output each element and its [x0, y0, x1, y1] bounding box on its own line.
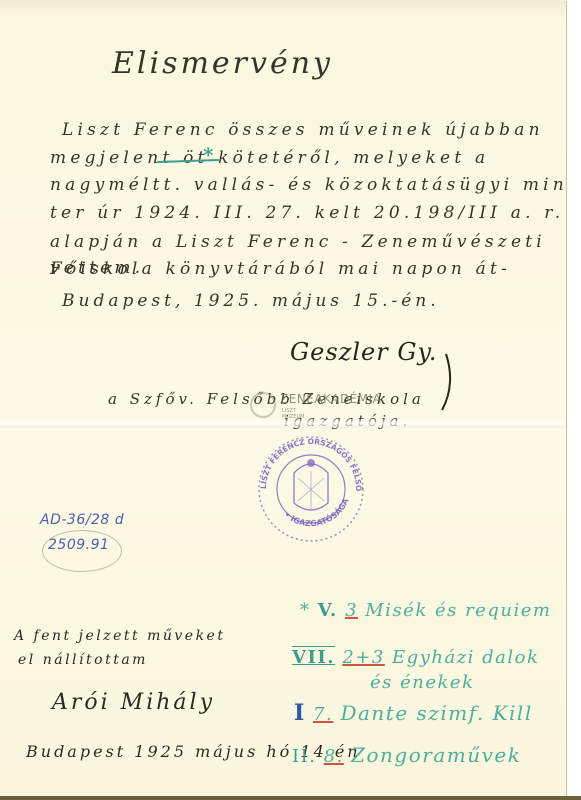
item-text: Zongoraművek: [351, 743, 521, 767]
receipt-note-line-1: A fent jelzett műveket: [14, 628, 225, 644]
watermark-title: ZENEAKADÉMIA: [280, 392, 381, 406]
body-line-4: ter úr 1924. III. 27. kelt 20.198/III a.…: [50, 203, 566, 223]
asterisk-icon: *: [300, 600, 311, 621]
pencil-list-item-2: VII. 2+3 Egyházi dalok: [292, 647, 539, 668]
watermark-logo-icon: [250, 392, 276, 418]
pencil-list-item-4: II. 8. Zongoraművek: [292, 743, 521, 767]
place-date: Budapest, 1925. május 15.-én.: [62, 291, 440, 311]
item-number: 2+3: [342, 647, 385, 668]
archive-number: 2509.91: [48, 537, 109, 553]
item-number: 3: [345, 600, 358, 621]
body-line-1: Liszt Ferenc összes műveinek újabban: [62, 120, 544, 140]
page-bottom-edge: [0, 796, 581, 800]
item-number: 8.: [324, 746, 344, 767]
volume-number: VII.: [292, 647, 335, 668]
volume-number: II.: [292, 746, 316, 767]
pencil-list-item-1: * V. 3 Misék és requiem: [300, 600, 551, 621]
archive-stamp: AD-36/28 d 2509.91: [30, 510, 130, 570]
watermark-subtitle: LISZT MÚZEUM: [282, 408, 304, 420]
item-text: Egyházi dalok: [392, 647, 539, 668]
archive-code: AD-36/28 d: [40, 512, 124, 528]
body-line-3: nagyméltt. vallás- és közoktatásügyi min…: [50, 175, 566, 195]
document-title: Elismervény: [112, 46, 333, 81]
asterisk-icon: *: [203, 143, 213, 167]
item-number: 7.: [313, 704, 333, 725]
volume-number: V.: [318, 600, 338, 621]
receipt-note-line-2: el nállítottam: [18, 652, 148, 668]
pencil-list-item-2-continued: és énekek: [370, 672, 474, 693]
signature: Geszler Gy.: [290, 338, 438, 366]
pencil-list-item-3: I 7. Dante szimf. Kill: [294, 700, 533, 726]
document-page: Elismervény Liszt Ferenc összes műveinek…: [0, 0, 566, 796]
receipt-signature: Arói Mihály: [52, 690, 215, 715]
volume-number: I: [294, 700, 306, 726]
body-line-2: megjelent öt kötetéről, melyeket a: [50, 148, 489, 168]
item-text: Misék és requiem: [365, 600, 551, 621]
official-seal-icon: LISZT FERENCZ ORSZÁGOS FELSŐBB ZENEISKOL…: [252, 433, 370, 543]
body-line-5: alapján a Liszt Ferenc - Zeneművészeti: [50, 232, 546, 252]
signature-flourish-icon: [438, 352, 458, 412]
body-line-7: vettem.: [50, 258, 144, 278]
item-text: Dante szimf. Kill: [340, 701, 532, 725]
